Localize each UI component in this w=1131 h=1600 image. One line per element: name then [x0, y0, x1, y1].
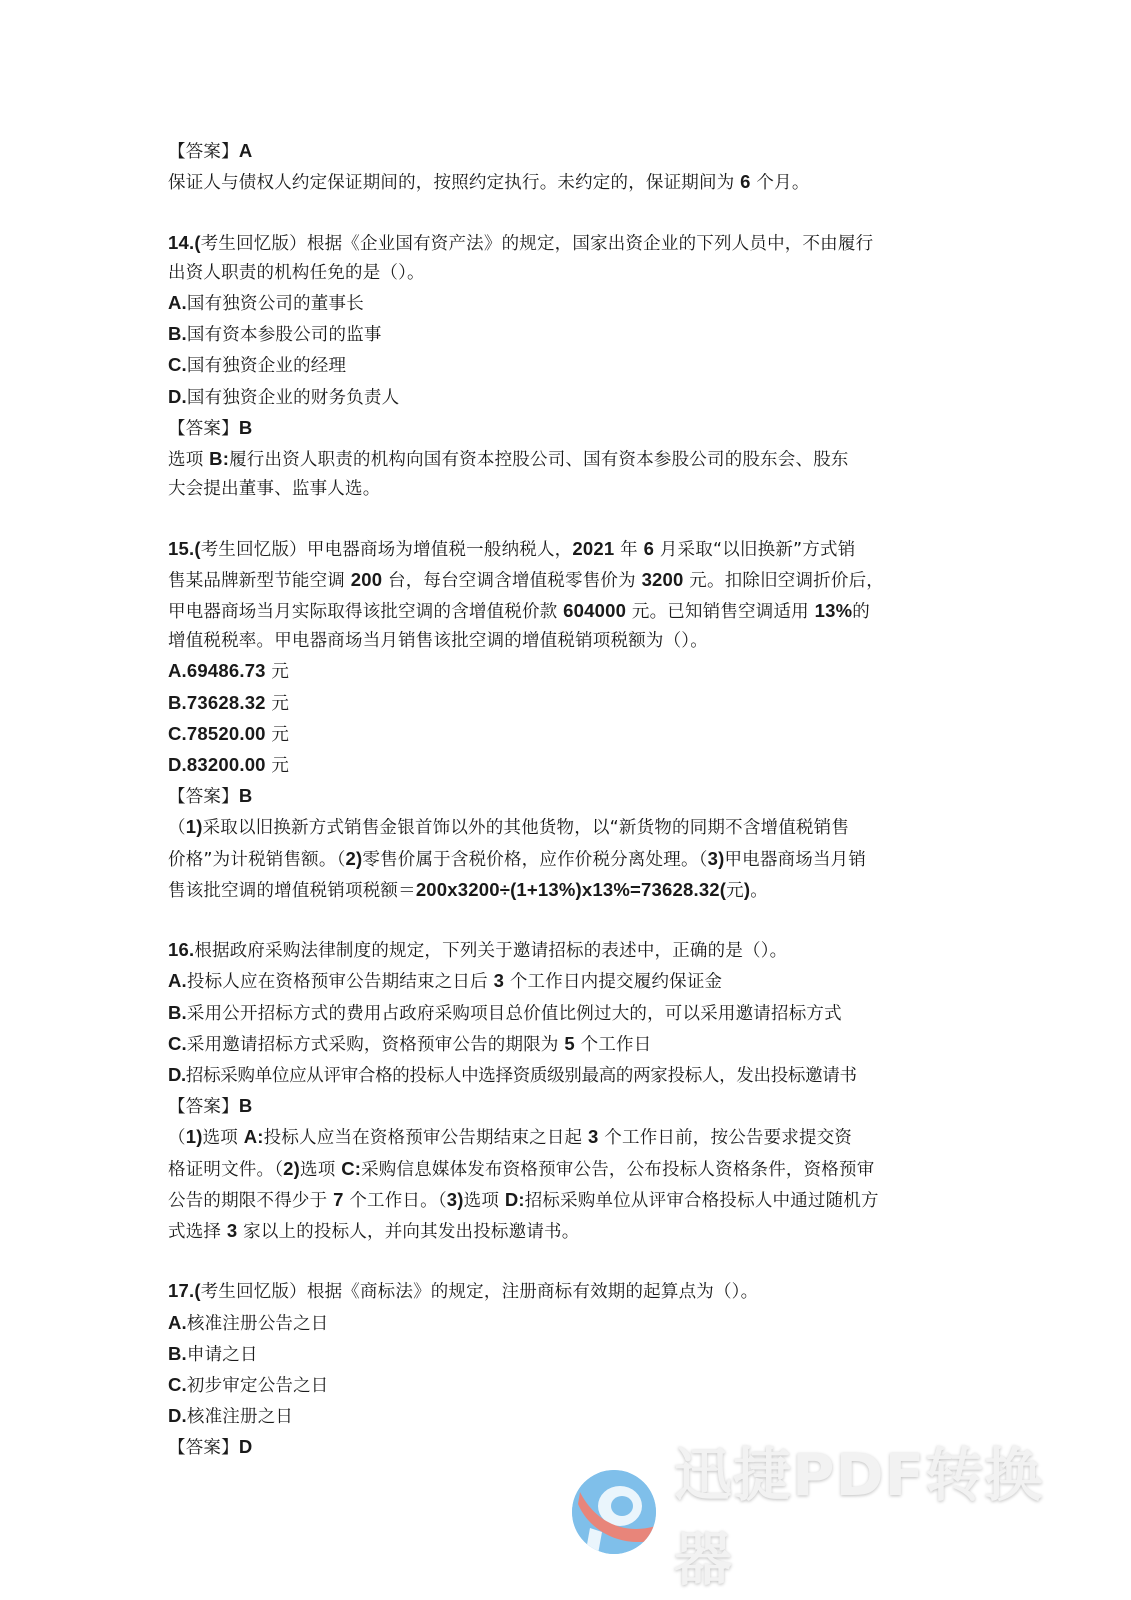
text: 招标采购单位从评审合格投标人中通过随机方 — [525, 1191, 879, 1211]
q16-answer: 【答案】B — [168, 1091, 948, 1122]
option-letter: C. — [168, 1374, 187, 1395]
answer-label: 【答案】 — [168, 787, 239, 807]
text: 选项 — [203, 1128, 244, 1148]
question-number: 14.( — [168, 232, 201, 253]
option-text: 初步审定公告之日 — [187, 1376, 329, 1396]
q16-option-d: D.招标采购单位应从评审合格的投标人中选择资质级别最高的两家投标人，发出投标邀请… — [168, 1060, 948, 1091]
option-letter: C. — [168, 1033, 187, 1054]
watermark: 迅捷PDF转换器 — [572, 1462, 1092, 1562]
text: 选项 — [464, 1191, 505, 1211]
text: C: — [341, 1158, 361, 1179]
option-unit: 元 — [266, 725, 289, 745]
q15-stem-2: 售某品牌新型节能空调 200 台，每台空调含增值税零售价为 3200 元。扣除旧… — [168, 565, 948, 596]
q15-stem-4: 增值税税率。甲电器商场当月销售该批空调的增值税销项税额为（）。 — [168, 627, 948, 656]
text: 价格”为计税销售额。（ — [168, 850, 346, 870]
text: 个月。 — [751, 173, 810, 193]
option-text: 申请之日 — [187, 1345, 258, 1365]
document-page: 【答案】A 保证人与债权人约定保证期间的，按照约定执行。未约定的，保证期间为 6… — [168, 136, 948, 1464]
text: 采用邀请招标方式采购，资格预审公告的期限为 — [187, 1035, 564, 1055]
option-value: 69486.73 — [187, 660, 266, 681]
text: 1) — [186, 1126, 203, 1147]
option-letter: A. — [168, 1312, 187, 1333]
text: D: — [505, 1189, 525, 1210]
q16-explanation-3: 公告的期限不得少于 7 个工作日。（3)选项 D:招标采购单位从评审合格投标人中… — [168, 1185, 948, 1216]
q14-answer: 【答案】B — [168, 413, 948, 444]
question-number: 17.( — [168, 1280, 201, 1301]
answer-label: 【答案】 — [168, 1438, 239, 1458]
option-letter: C. — [168, 354, 187, 375]
option-letter: B. — [168, 1002, 187, 1023]
q15-stem-3: 甲电器商场当月实际取得该批空调的含增值税价款 604000 元。已知销售空调适用… — [168, 596, 948, 627]
q16-explanation-2: 格证明文件。（2)选项 C:采购信息媒体发布资格预审公告，公布投标人资格条件，资… — [168, 1154, 948, 1185]
option-text: 采用公开招标方式的费用占政府采购项目总价值比例过大的，可以采用邀请招标方式 — [187, 1004, 842, 1024]
text: 投标人应在资格预审公告期结束之日后 — [187, 972, 494, 992]
q14-explanation-cont: 大会提出董事、监事人选。 — [168, 475, 948, 504]
answer-value: D — [239, 1436, 253, 1457]
q14-option-b: B.国有资本参股公司的监事 — [168, 319, 948, 350]
text: （ — [168, 1128, 186, 1148]
answer-label: 【答案】 — [168, 1097, 239, 1117]
option-letter: D. — [168, 1405, 187, 1426]
text: 个工作日内提交履约保证金 — [504, 972, 722, 992]
text: 1) — [186, 816, 203, 837]
q14-option-d: D.国有独资企业的财务负责人 — [168, 382, 948, 413]
text: 考生回忆版）甲电器商场为增值税一般纳税人， — [201, 540, 573, 560]
text: 年 — [614, 540, 643, 560]
question-number: 16. — [168, 939, 194, 960]
option-unit: 元 — [266, 662, 289, 682]
text: 2021 — [572, 538, 614, 559]
text: 采取以旧换新方式销售金银首饰以外的其他货物，以“新货物的同期不含增值税销售 — [203, 818, 849, 838]
text: 3 — [227, 1220, 238, 1241]
text: 履行出资人职责的机构向国有资本控股公司、国有资本参股公司的股东会、股东 — [229, 450, 849, 470]
text: 零售价属于含税价格，应作价税分离处理。（ — [362, 850, 707, 870]
option-text: 国有资本参股公司的监事 — [187, 325, 382, 345]
text: 6 — [644, 538, 655, 559]
watermark-text: 迅捷PDF转换器 — [674, 1428, 1092, 1596]
q17-option-a: A.核准注册公告之日 — [168, 1308, 948, 1339]
text: 个工作日。（ — [344, 1191, 447, 1211]
q13-explanation: 保证人与债权人约定保证期间的，按照约定执行。未约定的，保证期间为 6 个月。 — [168, 167, 948, 198]
question-number: 15.( — [168, 538, 201, 559]
q15-explanation-1: （1)采取以旧换新方式销售金银首饰以外的其他货物，以“新货物的同期不含增值税销售 — [168, 812, 948, 843]
q16-stem: 16.根据政府采购法律制度的规定，下列关于邀请招标的表述中，正确的是（）。 — [168, 935, 948, 966]
text: 台，每台空调含增值税零售价为 — [382, 571, 641, 591]
text: 7 — [333, 1189, 344, 1210]
q16-option-b: B.采用公开招标方式的费用占政府采购项目总价值比例过大的，可以采用邀请招标方式 — [168, 998, 948, 1029]
q15-option-c: C.78520.00 元 — [168, 719, 948, 750]
text: 格证明文件。（ — [168, 1160, 283, 1180]
option-text: 核准注册之日 — [187, 1407, 293, 1427]
q15-option-a: A.69486.73 元 — [168, 656, 948, 687]
q15-stem: 15.(考生回忆版）甲电器商场为增值税一般纳税人，2021 年 6 月采取“以旧… — [168, 534, 948, 565]
option-letter: D. — [168, 386, 187, 407]
q15-answer: 【答案】B — [168, 781, 948, 812]
option-value: 83200.00 — [187, 754, 266, 775]
q14-option-c: C.国有独资企业的经理 — [168, 350, 948, 381]
text: 个工作日前，按公告要求提交资 — [599, 1128, 853, 1148]
q14-explanation: 选项 B:履行出资人职责的机构向国有资本控股公司、国有资本参股公司的股东会、股东 — [168, 444, 948, 475]
text: 个工作日 — [575, 1035, 652, 1055]
text: B: — [209, 448, 229, 469]
option-letter: D. — [168, 1064, 186, 1085]
text: 13% — [815, 600, 853, 621]
text: 月采取“以旧换新”方式销 — [654, 540, 855, 560]
option-letter: B. — [168, 323, 187, 344]
option-text: 核准注册公告之日 — [187, 1314, 329, 1334]
q15-explanation-2: 价格”为计税销售额。（2)零售价属于含税价格，应作价税分离处理。（3)甲电器商场… — [168, 844, 948, 875]
text: 2) — [283, 1158, 300, 1179]
option-text: 国有独资公司的董事长 — [187, 294, 364, 314]
q17-option-b: B.申请之日 — [168, 1339, 948, 1370]
text: 元。扣除旧空调折价后， — [684, 571, 884, 591]
option-letter: D. — [168, 754, 187, 775]
option-text: 国有独资企业的财务负责人 — [187, 388, 399, 408]
text: 3) — [447, 1189, 464, 1210]
text: 考生回忆版）根据《企业国有资产法》的规定，国家出资企业的下列人员中，不由履行 — [201, 234, 874, 254]
text: 售该批空调的增值税销项税额＝ — [168, 881, 416, 901]
option-text: 国有独资企业的经理 — [187, 356, 346, 376]
q16-option-c: C.采用邀请招标方式采购，资格预审公告的期限为 5 个工作日 — [168, 1029, 948, 1060]
text: 元。已知销售空调适用 — [626, 602, 815, 622]
text: 投标人应当在资格预审公告期结束之日起 — [264, 1128, 588, 1148]
option-letter: A. — [168, 660, 187, 681]
text: 家以上的投标人，并向其发出投标邀请书。 — [237, 1222, 579, 1242]
text: 2) — [346, 848, 363, 869]
option-unit: 元 — [266, 756, 289, 776]
text: 售某品牌新型节能空调 — [168, 571, 351, 591]
text: 5 — [564, 1033, 575, 1054]
q15-explanation-3: 售该批空调的增值税销项税额＝200x3200÷(1+13%)x13%=73628… — [168, 875, 948, 906]
text: 公告的期限不得少于 — [168, 1191, 333, 1211]
option-unit: 元 — [266, 694, 289, 714]
answer-value: B — [239, 785, 253, 806]
answer-value: B — [239, 417, 253, 438]
q17-option-c: C.初步审定公告之日 — [168, 1370, 948, 1401]
q14-option-a: A.国有独资公司的董事长 — [168, 288, 948, 319]
text: 3200 — [642, 569, 684, 590]
text: 3 — [494, 970, 505, 991]
text: 6 — [740, 171, 751, 192]
text: 选项 — [168, 450, 209, 470]
q13-answer: 【答案】A — [168, 136, 948, 167]
text: 甲电器商场当月销 — [724, 850, 866, 870]
q16-option-a: A.投标人应在资格预审公告期结束之日后 3 个工作日内提交履约保证金 — [168, 966, 948, 997]
answer-value: A — [239, 140, 253, 161]
answer-label: 【答案】 — [168, 419, 239, 439]
option-letter: C. — [168, 723, 187, 744]
text: 考生回忆版）根据《商标法》的规定，注册商标有效期的起算点为（）。 — [201, 1282, 759, 1302]
option-value: 78520.00 — [187, 723, 266, 744]
q16-explanation-1: （1)选项 A:投标人应当在资格预审公告期结束之日起 3 个工作日前，按公告要求… — [168, 1122, 948, 1153]
text: 采购信息媒体发布资格预审公告，公布投标人资格条件，资格预审 — [361, 1160, 874, 1180]
option-value: 73628.32 — [187, 692, 266, 713]
text: 3) — [708, 848, 725, 869]
answer-label: 【答案】 — [168, 142, 239, 162]
text: A: — [244, 1126, 264, 1147]
q15-option-b: B.73628.32 元 — [168, 688, 948, 719]
text: 根据政府采购法律制度的规定，下列关于邀请招标的表述中，正确的是（）。 — [194, 941, 787, 961]
text: 604000 — [563, 600, 626, 621]
q14-stem: 14.(考生回忆版）根据《企业国有资产法》的规定，国家出资企业的下列人员中，不由… — [168, 228, 948, 259]
text: 保证人与债权人约定保证期间的，按照约定执行。未约定的，保证期间为 — [168, 173, 740, 193]
formula: 200x3200÷(1+13%)x13%=73628.32( — [416, 879, 726, 900]
option-letter: B. — [168, 1343, 187, 1364]
text: 元 — [726, 881, 744, 901]
text: 式选择 — [168, 1222, 227, 1242]
option-letter: A. — [168, 970, 187, 991]
text: （ — [168, 818, 186, 838]
option-text: 招标采购单位应从评审合格的投标人中选择资质级别最高的两家投标人，发出投标邀请书 — [186, 1066, 857, 1086]
option-letter: B. — [168, 692, 187, 713]
text: 的 — [852, 602, 870, 622]
text: 200 — [351, 569, 382, 590]
text: 3 — [588, 1126, 599, 1147]
xunjie-pdf-logo-icon — [572, 1470, 656, 1554]
q14-stem-cont: 出资人职责的机构任免的是（）。 — [168, 259, 948, 288]
text: 选项 — [300, 1160, 341, 1180]
q16-explanation-4: 式选择 3 家以上的投标人，并向其发出投标邀请书。 — [168, 1216, 948, 1247]
option-letter: A. — [168, 292, 187, 313]
answer-value: B — [239, 1095, 253, 1116]
q15-option-d: D.83200.00 元 — [168, 750, 948, 781]
text: 甲电器商场当月实际取得该批空调的含增值税价款 — [168, 602, 563, 622]
text: 。 — [750, 881, 768, 901]
q17-stem: 17.(考生回忆版）根据《商标法》的规定，注册商标有效期的起算点为（）。 — [168, 1276, 948, 1307]
